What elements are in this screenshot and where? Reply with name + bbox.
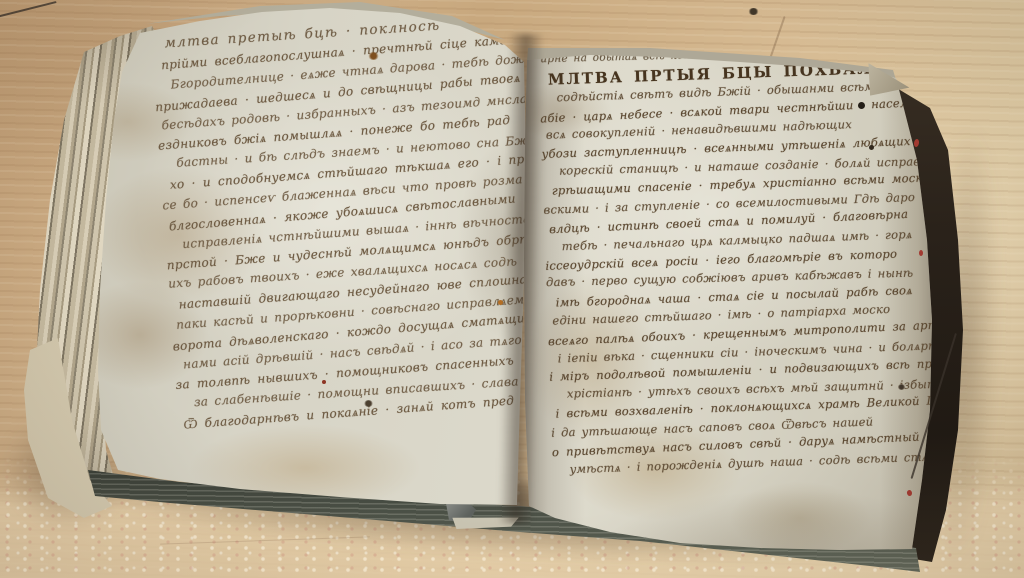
photo-vignette xyxy=(0,0,1024,578)
